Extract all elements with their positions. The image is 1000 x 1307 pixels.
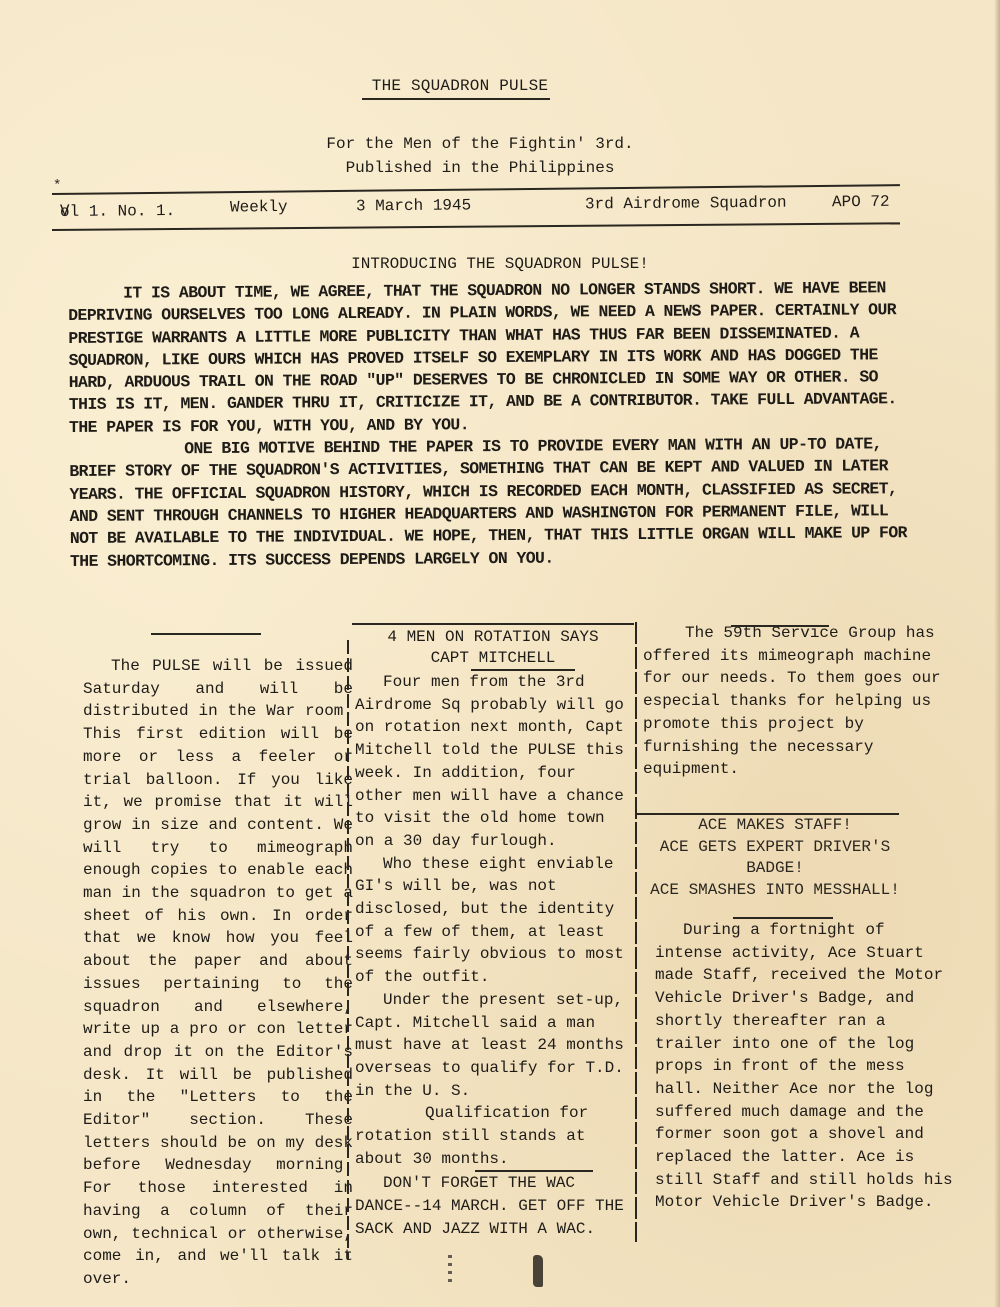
unit-name: 3rd Airdrome Squadron [585,194,787,214]
volume-number: Vol 1. No. 1. [60,199,175,221]
ace-story-article: During a fortnight of intense activity, … [655,917,955,1214]
rotation-paragraph-3: Under the present set-up, Capt. Mitchell… [355,989,631,1103]
ace-headline-line2: ACE GETS EXPERT DRIVER'S [640,837,910,859]
wac-dance-notice: DON'T FORGET THE WAC DANCE--14 MARCH. GE… [355,1172,631,1240]
left-column-rule [151,633,261,635]
right-column-thanks: The 59th Service Group has offered its m… [643,622,943,781]
ace-headline-line1: ACE MAKES STAFF! [640,815,910,837]
middle-column-top-rule [352,623,634,625]
right-column-top-rule [731,625,829,627]
ace-headline: ACE MAKES STAFF! ACE GETS EXPERT DRIVER'… [640,815,910,901]
rotation-paragraph-1: Four men from the 3rd Airdrome Sq probab… [355,671,631,853]
ace-headline-line3: BADGE! [640,858,910,880]
rotation-paragraph-2: Who these eight enviable GI's will be, w… [355,853,631,989]
column-divider-1 [347,640,349,1260]
apo-number: APO 72 [832,193,890,212]
thanks-paragraph: The 59th Service Group has offered its m… [643,622,943,781]
issue-date: 3 March 1945 [356,196,471,215]
ace-headline-line4: ACE SMASHES INTO MESSHALL! [640,880,910,902]
left-column-body: The PULSE will be issued Saturday and wi… [83,655,353,1291]
intro-heading: INTRODUCING THE SQUADRON PULSE! [250,255,750,273]
masthead-subtitle-line1: For the Men of the Fightin' 3rd. [200,132,760,156]
asterisk-mark: * [53,178,61,194]
masthead-title: THE SQUADRON PULSE [340,77,580,95]
issue-rule-bottom [52,222,900,231]
intro-article: IT IS ABOUT TIME, WE AGREE, THAT THE SQU… [68,277,910,573]
rotation-headline: 4 MEN ON ROTATION SAYS CAPT MITCHELL [355,627,631,669]
masthead-subtitle-line2: Published in the Philippines [200,156,760,180]
ink-blot [533,1255,543,1287]
rotation-paragraph-4: Qualification for rotation still stands … [355,1102,631,1170]
frequency: Weekly [230,198,288,217]
intro-paragraph-2: ONE BIG MOTIVE BEHIND THE PAPER IS TO PR… [69,433,910,573]
ink-smudge-dots [448,1255,452,1285]
rotation-headline-line1: 4 MEN ON ROTATION SAYS [355,627,631,648]
masthead-underline [362,98,550,100]
masthead-subtitle: For the Men of the Fightin' 3rd. Publish… [200,132,760,180]
issue-info-bar: Vol 1. No. 1. Weekly 3 March 1945 3rd Ai… [60,191,900,224]
newsletter-page: THE SQUADRON PULSE For the Men of the Fi… [0,0,1000,1307]
rotation-headline-line2: CAPT MITCHELL [355,648,631,669]
column-divider-2 [635,622,637,1242]
intro-paragraph-1: IT IS ABOUT TIME, WE AGREE, THAT THE SQU… [68,277,909,439]
ace-story-body: During a fortnight of intense activity, … [655,919,955,1214]
left-column-article: The PULSE will be issued Saturday and wi… [83,655,353,1291]
middle-column-article: 4 MEN ON ROTATION SAYS CAPT MITCHELL Fou… [355,627,631,1241]
